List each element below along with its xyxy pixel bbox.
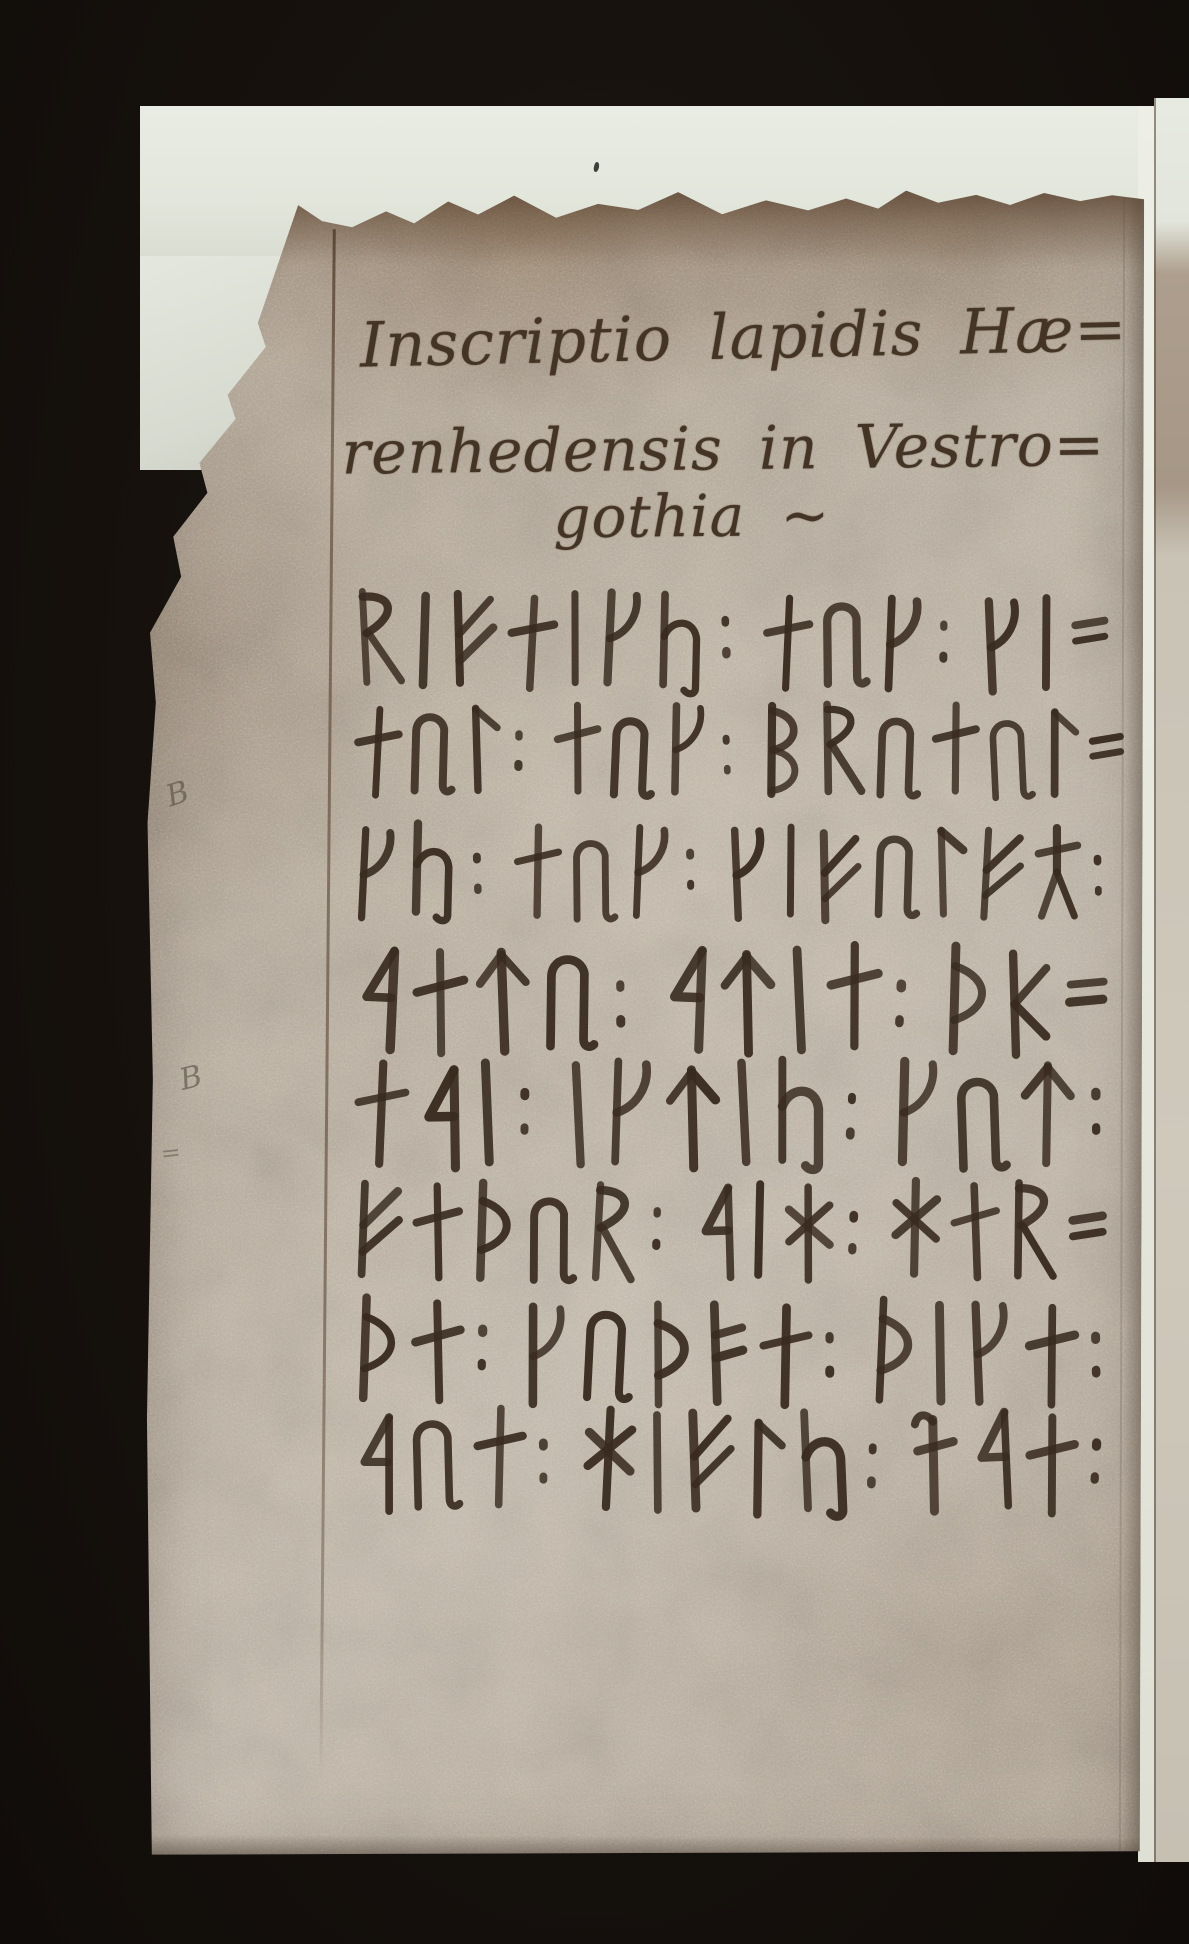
rune-line (351, 699, 1171, 821)
title-line-1: Inscriptio lapidis Hæ= (359, 292, 1128, 382)
rune-line (351, 587, 1171, 709)
margin-mark-3: = (159, 1138, 182, 1168)
rune-line (349, 1404, 1169, 1526)
rune-line (349, 1177, 1169, 1299)
manuscript-leaf: Inscriptio lapidis Hæ= renhedensis in Ve… (144, 181, 1146, 1864)
title-line-2: renhedensis in Vestro= (341, 410, 1105, 489)
title-line-3: gothia ∼ (553, 481, 830, 551)
rune-line (349, 1294, 1169, 1416)
adjacent-leaf-fragment (1154, 98, 1189, 1862)
margin-mark-2: B (176, 1059, 206, 1098)
rune-line (350, 1055, 1170, 1177)
bottom-edge-shadow (144, 1835, 1142, 1864)
rune-line (350, 939, 1170, 1061)
margin-mark-1: B (162, 774, 194, 814)
rune-line (350, 819, 1170, 941)
photo-background: Inscriptio lapidis Hæ= renhedensis in Ve… (0, 0, 1189, 1944)
